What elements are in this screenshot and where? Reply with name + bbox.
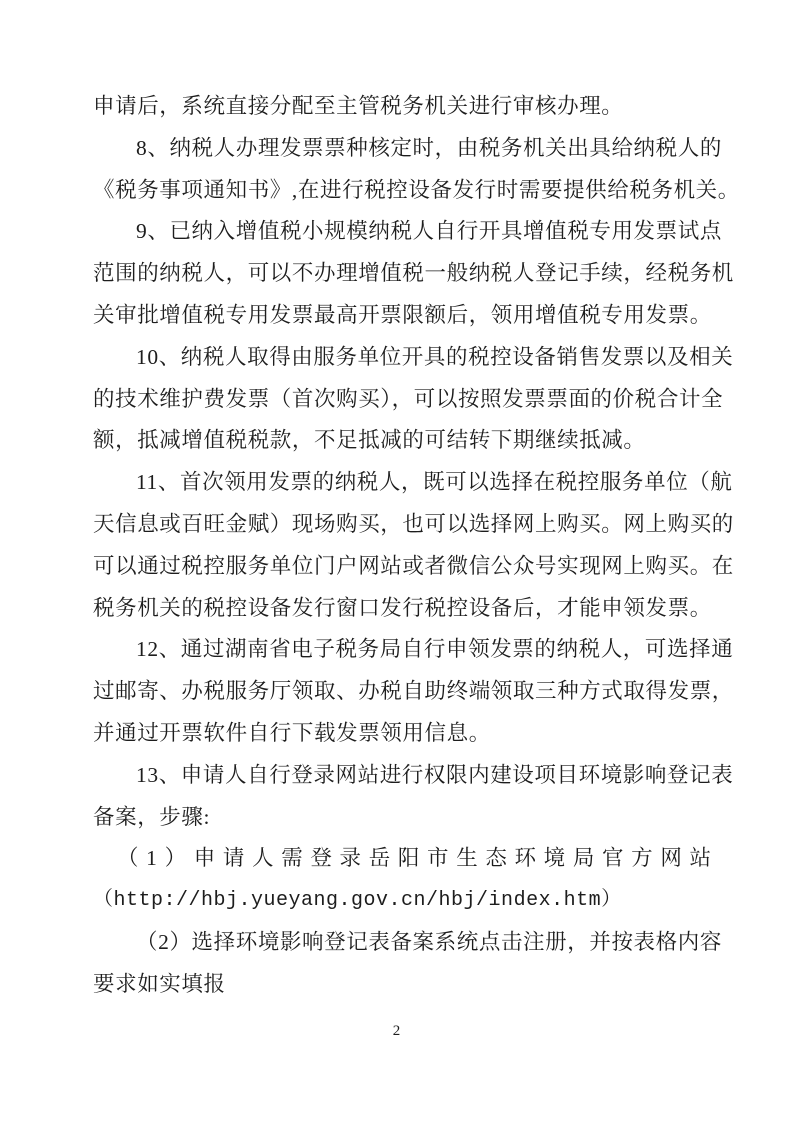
document-line: 11、首次领用发票的纳税人，既可以选择在税控服务单位（航: [93, 462, 711, 504]
document-line-url: （http://hbj.yueyang.gov.cn/hbj/index.htm…: [93, 880, 711, 922]
document-body: 申请后，系统直接分配至主管税务机关进行审核办理。 8、纳税人办理发票票种核定时，…: [93, 86, 711, 1006]
document-line: 过邮寄、办税服务厅领取、办税自助终端领取三种方式取得发票，: [93, 671, 711, 713]
document-line: 12、通过湖南省电子税务局自行申领发票的纳税人，可选择通: [93, 629, 711, 671]
document-line: 税务机关的税控设备发行窗口发行税控设备后，才能申领发票。: [93, 588, 711, 630]
document-line: 并通过开票软件自行下载发票领用信息。: [93, 713, 711, 755]
document-line: 可以通过税控服务单位门户网站或者微信公众号实现网上购买。在: [93, 546, 711, 588]
document-line: 额，抵减增值税税款，不足抵减的可结转下期继续抵减。: [93, 420, 711, 462]
document-line: 的技术维护费发票（首次购买），可以按照发票票面的价税合计全: [93, 379, 711, 421]
document-line: 申请后，系统直接分配至主管税务机关进行审核办理。: [93, 86, 711, 128]
document-line: （2）选择环境影响登记表备案系统点击注册，并按表格内容: [93, 922, 711, 964]
document-line: 10、纳税人取得由服务单位开具的税控设备销售发票以及相关: [93, 337, 711, 379]
document-line: 关审批增值税专用发票最高开票限额后，领用增值税专用发票。: [93, 295, 711, 337]
document-line: 范围的纳税人，可以不办理增值税一般纳税人登记手续，经税务机: [93, 253, 711, 295]
document-line: 13、申请人自行登录网站进行权限内建设项目环境影响登记表: [93, 755, 711, 797]
document-line: 8、纳税人办理发票票种核定时，由税务机关出具给纳税人的: [93, 128, 711, 170]
document-page: 申请后，系统直接分配至主管税务机关进行审核办理。 8、纳税人办理发票票种核定时，…: [0, 0, 793, 1122]
document-line: 备案，步骤:: [93, 797, 711, 839]
document-line: （1）申请人需登录岳阳市生态环境局官方网站: [93, 838, 711, 880]
document-line: 天信息或百旺金赋）现场购买，也可以选择网上购买。网上购买的: [93, 504, 711, 546]
document-line: 9、已纳入增值税小规模纳税人自行开具增值税专用发票试点: [93, 211, 711, 253]
page-number: 2: [0, 1020, 793, 1042]
document-line: 要求如实填报: [93, 964, 711, 1006]
document-line: 《税务事项通知书》,在进行税控设备发行时需要提供给税务机关。: [93, 170, 711, 212]
